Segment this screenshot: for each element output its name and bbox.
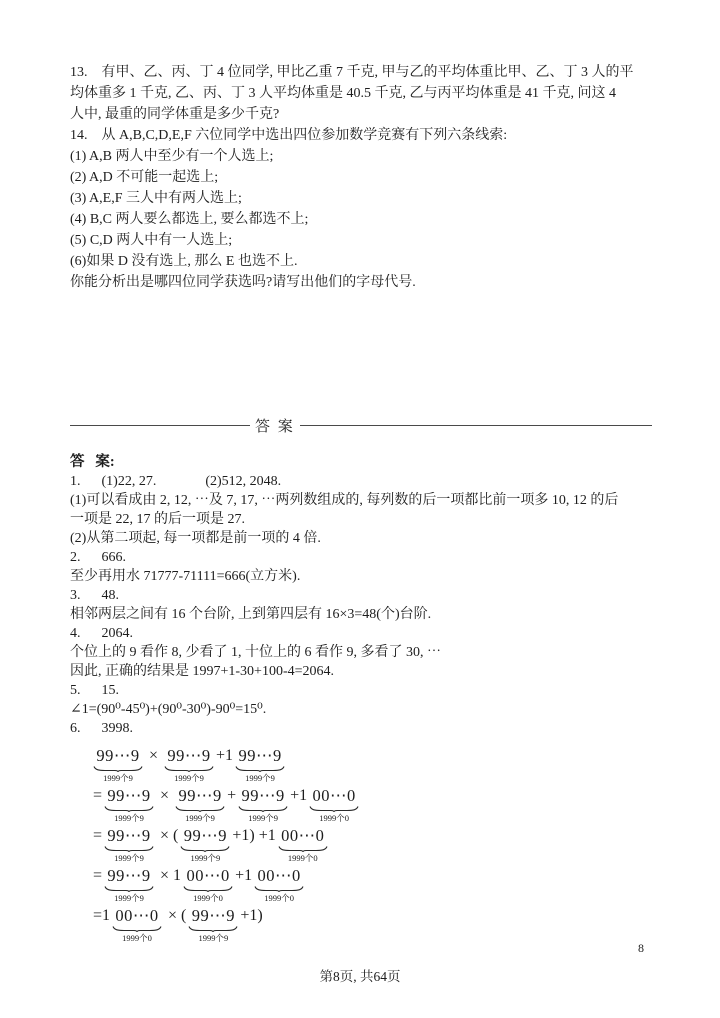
problem-line: (3) A,E,F 三人中有两人选上;: [70, 188, 652, 209]
underbrace-digits: 99⋯9: [167, 745, 210, 766]
underbrace-digits: 00⋯0: [313, 785, 356, 806]
underbrace-digits: 99⋯9: [107, 865, 150, 886]
underbrace-label: 1999个9: [185, 813, 215, 823]
problem-14: 14. 从 A,B,C,D,E,F 六位同学中选出四位参加数学竞赛有下列六条线索…: [70, 125, 652, 293]
underbrace-digits: 00⋯0: [281, 825, 324, 846]
underbrace-label: 1999个0: [319, 813, 349, 823]
underbrace-icon: [104, 886, 154, 892]
answer-line: 5. 15.: [70, 681, 652, 700]
underbrace-icon: [238, 806, 288, 812]
underbrace-label: 1999个9: [199, 933, 229, 943]
underbrace-digits: 99⋯9: [96, 745, 139, 766]
problem-line: (6)如果 D 没有选上, 那么 E 也选不上.: [70, 251, 652, 272]
underbrace-label: 1999个9: [245, 773, 275, 783]
formula-operator: +1): [239, 905, 263, 926]
formula-operator: +1: [289, 785, 308, 806]
answer-line: 3. 48.: [70, 586, 652, 605]
underbrace-icon: [112, 926, 162, 932]
underbrace-group: 99⋯91999个9: [235, 745, 285, 783]
underbrace-group: 99⋯91999个9: [180, 825, 230, 863]
underbrace-group: 99⋯91999个9: [104, 825, 154, 863]
underbrace-digits: 99⋯9: [178, 785, 221, 806]
answers-heading: 答 案:: [70, 453, 652, 472]
footer-page-label: 第8页, 共64页: [0, 968, 720, 986]
underbrace-icon: [104, 846, 154, 852]
problem-line: (4) B,C 两人要么都选上, 要么都选不上;: [70, 209, 652, 230]
underbrace-icon: [235, 766, 285, 772]
formula-operator: =: [92, 785, 103, 806]
underbrace-label: 1999个9: [114, 893, 144, 903]
underbrace-label: 1999个9: [191, 853, 221, 863]
underbrace-label: 1999个0: [288, 853, 318, 863]
underbrace-icon: [309, 806, 359, 812]
problem-line: 你能分析出是哪四位同学获选吗?请写出他们的字母代号.: [70, 272, 652, 293]
underbrace-icon: [180, 846, 230, 852]
underbrace-label: 1999个9: [174, 773, 204, 783]
underbrace-digits: 99⋯9: [107, 785, 150, 806]
underbrace-group: 00⋯01999个0: [254, 865, 304, 903]
underbrace-digits: 99⋯9: [238, 745, 281, 766]
formula-operator: +1) +1: [231, 825, 276, 846]
answers-section: 1. (1)22, 27. (2)512, 2048.(1)可以看成由 2, 1…: [70, 472, 652, 738]
answer-line: 相邻两层之间有 16 个台阶, 上到第四层有 16×3=48(个)台阶.: [70, 605, 652, 624]
corner-page-number: 8: [638, 941, 644, 955]
underbrace-label: 1999个0: [193, 893, 223, 903]
underbrace-group: 00⋯01999个0: [112, 905, 162, 943]
q6-derivation: 99⋯91999个9 × 99⋯91999个9+199⋯91999个9=99⋯9…: [70, 745, 652, 943]
problem-line: 人中, 最重的同学体重是多少千克?: [70, 104, 652, 125]
answer-line: 至少再用水 71777-71111=666(立方米).: [70, 567, 652, 586]
formula-operator: × 1: [155, 865, 182, 886]
answer-line: 4. 2064.: [70, 624, 652, 643]
formula-row: =99⋯91999个9 × 100⋯01999个0+100⋯01999个0: [92, 865, 652, 903]
formula-operator: =1: [92, 905, 111, 926]
underbrace-group: 00⋯01999个0: [309, 785, 359, 823]
underbrace-icon: [164, 766, 214, 772]
answer-line: 一项是 22, 17 的后一项是 27.: [70, 510, 652, 529]
underbrace-group: 00⋯01999个0: [183, 865, 233, 903]
divider-rule-right: [300, 425, 652, 426]
formula-row: =99⋯91999个9 × 99⋯91999个9+99⋯91999个9+100⋯…: [92, 785, 652, 823]
answer-line: 个位上的 9 看作 8, 少看了 1, 十位上的 6 看作 9, 多看了 30,…: [70, 643, 652, 662]
problem-line: 14. 从 A,B,C,D,E,F 六位同学中选出四位参加数学竞赛有下列六条线索…: [70, 125, 652, 146]
document-page: { "doc": { "problem13": { "lines": [ "13…: [0, 0, 720, 1018]
problem-line: (5) C,D 两人中有一人选上;: [70, 230, 652, 251]
underbrace-icon: [104, 806, 154, 812]
underbrace-icon: [254, 886, 304, 892]
formula-operator: +: [226, 785, 237, 806]
answer-line: (2)从第二项起, 每一项都是前一项的 4 倍.: [70, 529, 652, 548]
underbrace-icon: [278, 846, 328, 852]
answer-line: 因此, 正确的结果是 1997+1-30+100-4=2064.: [70, 662, 652, 681]
formula-row: =99⋯91999个9 × (99⋯91999个9+1) +100⋯01999个…: [92, 825, 652, 863]
underbrace-icon: [183, 886, 233, 892]
problem-13: 13. 有甲、乙、丙、丁 4 位同学, 甲比乙重 7 千克, 甲与乙的平均体重比…: [70, 62, 652, 125]
underbrace-icon: [175, 806, 225, 812]
underbrace-digits: 99⋯9: [241, 785, 284, 806]
formula-operator: =: [92, 865, 103, 886]
underbrace-group: 99⋯91999个9: [164, 745, 214, 783]
problem-line: 均体重多 1 千克, 乙、丙、丁 3 人平均体重是 40.5 千克, 乙与丙平均…: [70, 83, 652, 104]
divider-rule-left: [70, 425, 250, 426]
underbrace-label: 1999个9: [114, 813, 144, 823]
formula-operator: +1: [215, 745, 234, 766]
answer-line: 1. (1)22, 27. (2)512, 2048.: [70, 472, 652, 491]
problems-section: 13. 有甲、乙、丙、丁 4 位同学, 甲比乙重 7 千克, 甲与乙的平均体重比…: [70, 62, 652, 293]
underbrace-group: 99⋯91999个9: [104, 785, 154, 823]
page-content: 13. 有甲、乙、丙、丁 4 位同学, 甲比乙重 7 千克, 甲与乙的平均体重比…: [70, 62, 652, 945]
answers-divider: 答 案: [70, 415, 652, 436]
underbrace-group: 99⋯91999个9: [93, 745, 143, 783]
underbrace-group: 99⋯91999个9: [104, 865, 154, 903]
underbrace-digits: 99⋯9: [192, 905, 235, 926]
formula-operator: =: [92, 825, 103, 846]
problem-line: (2) A,D 不可能一起选上;: [70, 167, 652, 188]
answer-line: (1)可以看成由 2, 12, ⋯及 7, 17, ⋯两列数组成的, 每列数的后…: [70, 491, 652, 510]
formula-operator: × (: [155, 825, 179, 846]
underbrace-group: 99⋯91999个9: [238, 785, 288, 823]
underbrace-icon: [188, 926, 238, 932]
formula-row: =100⋯01999个0 × (99⋯91999个9+1): [92, 905, 652, 943]
underbrace-label: 1999个9: [114, 853, 144, 863]
underbrace-label: 1999个9: [103, 773, 133, 783]
formula-row: 99⋯91999个9 × 99⋯91999个9+199⋯91999个9: [92, 745, 652, 783]
problem-line: 13. 有甲、乙、丙、丁 4 位同学, 甲比乙重 7 千克, 甲与乙的平均体重比…: [70, 62, 652, 83]
underbrace-label: 1999个0: [122, 933, 152, 943]
answer-line: 6. 3998.: [70, 719, 652, 738]
underbrace-label: 1999个0: [264, 893, 294, 903]
underbrace-digits: 00⋯0: [115, 905, 158, 926]
answer-line: 2. 666.: [70, 548, 652, 567]
underbrace-digits: 00⋯0: [186, 865, 229, 886]
underbrace-digits: 99⋯9: [184, 825, 227, 846]
underbrace-group: 99⋯91999个9: [188, 905, 238, 943]
underbrace-label: 1999个9: [248, 813, 278, 823]
underbrace-group: 99⋯91999个9: [175, 785, 225, 823]
underbrace-digits: 99⋯9: [107, 825, 150, 846]
underbrace-group: 00⋯01999个0: [278, 825, 328, 863]
formula-operator: × (: [163, 905, 187, 926]
underbrace-icon: [93, 766, 143, 772]
problem-line: (1) A,B 两人中至少有一个人选上;: [70, 146, 652, 167]
underbrace-digits: 00⋯0: [257, 865, 300, 886]
formula-operator: ×: [144, 745, 163, 766]
answer-line: ∠1=(90⁰-45⁰)+(90⁰-30⁰)-90⁰=15⁰.: [70, 700, 652, 719]
formula-operator: +1: [234, 865, 253, 886]
formula-operator: ×: [155, 785, 174, 806]
divider-label: 答 案: [250, 415, 300, 436]
